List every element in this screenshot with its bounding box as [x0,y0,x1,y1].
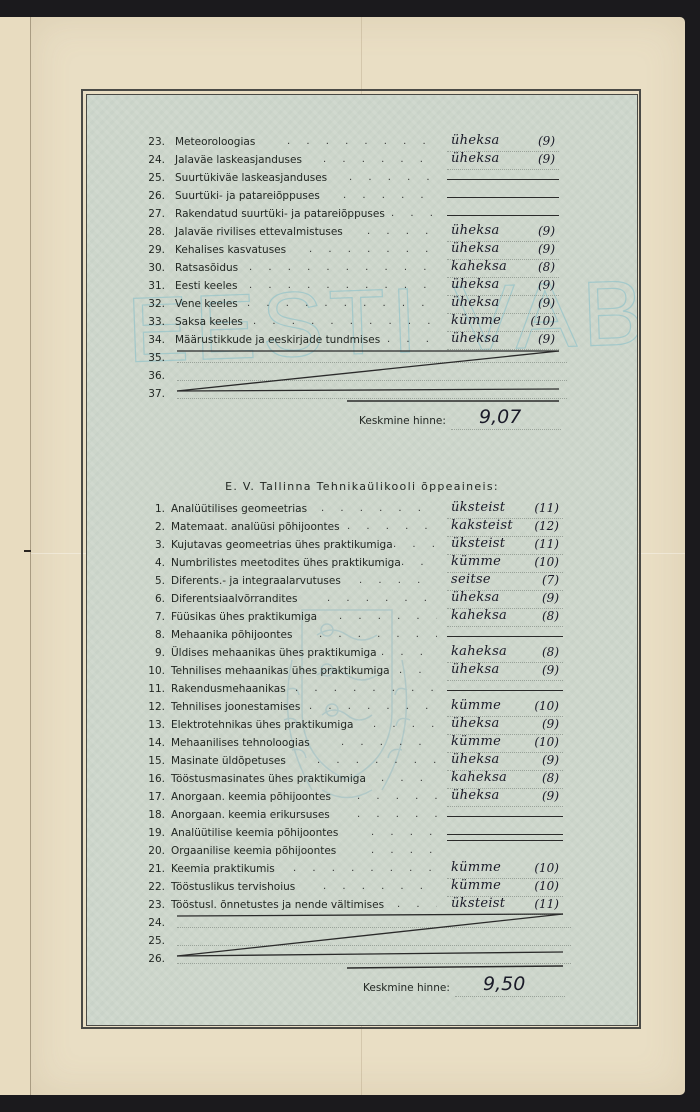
subject-row: 12. Tehnilises joonestamises . . . . . .… [87,698,637,716]
subject-row: 4. Numbrilistes meetodites ühes praktiku… [87,554,637,572]
grade-cell: kümme (10) [447,878,563,897]
subject-row: 31. Eesti keeles . . . . . . . . . . . .… [87,277,637,295]
grade-cell: kümme (10) [447,698,563,717]
adjacent-page-edge [0,17,31,1095]
subject-row: 6. Diferentsiaalvõrrandites . . . . . . … [87,590,637,608]
subject-row: 29. Kehalises kasvatuses . . . . . . . .… [87,241,637,259]
subject-row: 20. Orgaanilise keemia põhijoontes . . .… [87,842,637,860]
grade-cell: üheksa (9) [447,241,559,260]
grade-cell: üksteist (11) [447,536,563,555]
blank-grade-line [447,179,559,180]
grade-cell: üheksa (9) [447,331,559,350]
section2-title: E. V. Tallinna Tehnikaülikooli õppeainei… [87,480,637,493]
grade-cell: kümme (10) [447,860,563,879]
subject-row: 3. Kujutavas geomeetrias ühes praktikumi… [87,536,637,554]
blank-grade-line [447,840,563,841]
grade-cell: kümme (10) [447,313,559,332]
grade-cell: üheksa (9) [447,752,563,771]
cancellation-z-lines [175,349,565,409]
document-page: EESTI VABARIIK 23. Meteoroloogias . . . … [31,17,685,1095]
grade-cell: üheksa (9) [447,590,563,609]
subject-row: 24. Jalaväe laskeasjanduses . . . . . . … [87,151,637,169]
grade-sheet-body: EESTI VABARIIK 23. Meteoroloogias . . . … [86,94,638,1026]
cancellation-z-lines [175,912,569,976]
blank-grade-line [447,834,563,835]
subject-row: 32. Vene keeles . . . . . . . . . . . . … [87,295,637,313]
grade-cell: üheksa (9) [447,662,563,681]
average-grade-section2: Keskmine hinne: 9,50 [87,976,637,1000]
subject-row: 14. Mehaanilises tehnoloogias . . . . . … [87,734,637,752]
average-grade-section1: Keskmine hinne: 9,07 [87,409,637,433]
subject-row: 22. Tööstuslikus tervishoius . . . . . .… [87,878,637,896]
grade-cell: kümme (10) [447,554,563,573]
grade-cell: üheksa (9) [447,295,559,314]
subject-row: 7. Füüsikas ühes praktikumiga . . . . . … [87,608,637,626]
grade-cell: kaheksa (8) [447,644,563,663]
blank-grade-line [447,816,563,817]
subject-row: 27. Rakendatud suurtüki- ja patareiõppus… [87,205,637,223]
grade-cell: üheksa (9) [447,223,559,242]
grade-cell: üheksa (9) [447,788,563,807]
subject-row: 16. Tööstusmasinates ühes praktikumiga .… [87,770,637,788]
grade-cell: kaheksa (8) [447,259,559,278]
subject-row: 8. Mehaanika põhijoontes . . . . . . . . [87,626,637,644]
subject-row: 15. Masinate üldõpetuses . . . . . . . .… [87,752,637,770]
grade-sheet-frame: EESTI VABARIIK 23. Meteoroloogias . . . … [81,89,641,1029]
subject-row: 34. Määrustikkude ja eeskirjade tundmise… [87,331,637,349]
subject-row: 30. Ratsasõidus . . . . . . . . . . . . … [87,259,637,277]
subject-row: 25. Suurtükiväe laskeasjanduses . . . . … [87,169,637,187]
subject-row: 10. Tehnilises mehaanikas ühes praktikum… [87,662,637,680]
subject-row: 17. Anorgaan. keemia põhijoontes . . . .… [87,788,637,806]
grade-cell: kaheksa (8) [447,608,563,627]
subject-row: 18. Anorgaan. keemia erikursuses . . . .… [87,806,637,824]
subject-row: 21. Keemia praktikumis . . . . . . . . .… [87,860,637,878]
blank-grade-line [447,636,563,637]
blank-grade-line [447,197,559,198]
subject-row: 26. Suurtüki- ja patareiõppuses . . . . … [87,187,637,205]
grade-cell: üheksa (9) [447,133,559,152]
grade-cell: kaheksa (8) [447,770,563,789]
grade-cell: seitse (7) [447,572,563,591]
blank-grade-line [447,690,563,691]
grade-cell: kaksteist (12) [447,518,563,537]
subject-row: 11. Rakendusmehaanikas . . . . . . . . .… [87,680,637,698]
grade-cell: üheksa (9) [447,277,559,296]
subject-row: 2. Matemaat. analüüsi põhijoontes . . . … [87,518,637,536]
blank-grade-line [447,215,559,216]
grade-cell: üksteist (11) [447,500,563,519]
grade-cell: üheksa (9) [447,716,563,735]
subject-row: 23. Meteoroloogias . . . . . . . . . . .… [87,133,637,151]
subject-row: 28. Jalaväe rivilises ettevalmistuses . … [87,223,637,241]
subject-row: 5. Diferents.- ja integraalarvutuses . .… [87,572,637,590]
subject-row: 1. Analüütilises geomeetrias . . . . . .… [87,500,637,518]
grade-cell: üheksa (9) [447,151,559,170]
subject-row: 33. Saksa keeles . . . . . . . . . . . .… [87,313,637,331]
subject-row: 9. Üldises mehaanikas ühes praktikumiga … [87,644,637,662]
subject-row: 13. Elektrotehnikas ühes praktikumiga . … [87,716,637,734]
grade-cell: kümme (10) [447,734,563,753]
